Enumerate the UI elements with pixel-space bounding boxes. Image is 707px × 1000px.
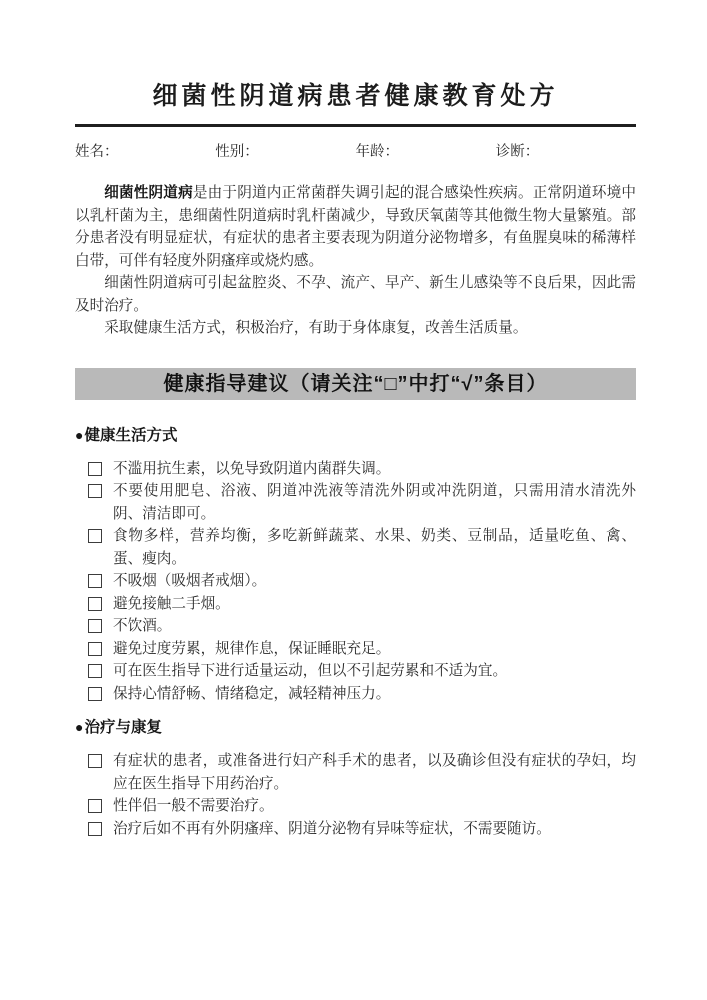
- checklist-item-text: 食物多样，营养均衡，多吃新鲜蔬菜、水果、奶类、豆制品，适量吃鱼、禽、蛋、瘦肉。: [113, 525, 636, 570]
- intro-paragraph-2: 细菌性阴道病可引起盆腔炎、不孕、流产、早产、新生儿感染等不良后果，因此需及时治疗…: [75, 272, 636, 317]
- checklist-item-text: 避免过度劳累，规律作息，保证睡眠充足。: [113, 638, 636, 661]
- document-page: 细菌性阴道病患者健康教育处方 姓名： 性别： 年龄： 诊断： 细菌性阴道病是由于…: [0, 0, 707, 1000]
- section-bullet-icon: ●: [75, 719, 83, 735]
- checklist-item-text: 性伴侣一般不需要治疗。: [113, 795, 636, 818]
- checklist-item-text: 避免接触二手烟。: [113, 593, 636, 616]
- checkbox[interactable]: [88, 822, 102, 836]
- section-title: 健康生活方式: [84, 427, 177, 444]
- age-input-blank[interactable]: [399, 140, 496, 161]
- checkbox[interactable]: [88, 619, 102, 633]
- checklist-item-text: 不要使用肥皂、浴液、阴道冲洗液等清洗外阴或冲洗阴道，只需用清水清洗外阴、清洁即可…: [113, 480, 636, 525]
- checklist-item: 不饮酒。: [75, 615, 636, 638]
- title-divider: [75, 124, 636, 127]
- checklist-item: 治疗后如不再有外阴瘙痒、阴道分泌物有异味等症状，不需要随访。: [75, 818, 636, 841]
- checkbox[interactable]: [88, 597, 102, 611]
- patient-info-row: 姓名： 性别： 年龄： 诊断：: [75, 140, 636, 161]
- checklist-item: 避免接触二手烟。: [75, 593, 636, 616]
- checklist-item-text: 治疗后如不再有外阴瘙痒、阴道分泌物有异味等症状，不需要随访。: [113, 818, 636, 841]
- diagnosis-input-blank[interactable]: [539, 140, 636, 161]
- checklist-item-text: 不饮酒。: [113, 615, 636, 638]
- section-bullet-icon: ●: [75, 427, 83, 443]
- checkbox[interactable]: [88, 529, 102, 543]
- checkbox[interactable]: [88, 664, 102, 678]
- checklist-item-text: 可在医生指导下进行适量运动，但以不引起劳累和不适为宜。: [113, 660, 636, 683]
- checklist-item: 不吸烟（吸烟者戒烟）。: [75, 570, 636, 593]
- age-label: 年龄：: [356, 140, 400, 161]
- document-title: 细菌性阴道病患者健康教育处方: [75, 76, 636, 112]
- checklist-item-text: 不吸烟（吸烟者戒烟）。: [113, 570, 636, 593]
- document-content: 细菌性阴道病患者健康教育处方 姓名： 性别： 年龄： 诊断： 细菌性阴道病是由于…: [75, 0, 636, 840]
- checkbox[interactable]: [88, 462, 102, 476]
- checklist-item: 不要使用肥皂、浴液、阴道冲洗液等清洗外阴或冲洗阴道，只需用清水清洗外阴、清洁即可…: [75, 480, 636, 525]
- checklist-item-text: 不滥用抗生素，以免导致阴道内菌群失调。: [113, 458, 636, 481]
- checklist-item: 可在医生指导下进行适量运动，但以不引起劳累和不适为宜。: [75, 660, 636, 683]
- checklist-item: 保持心情舒畅、情绪稳定，减轻精神压力。: [75, 683, 636, 706]
- checkbox[interactable]: [88, 687, 102, 701]
- patient-field-gender: 性别：: [215, 140, 355, 161]
- gender-input-blank[interactable]: [259, 140, 356, 161]
- checklist-item: 不滥用抗生素，以免导致阴道内菌群失调。: [75, 458, 636, 481]
- diagnosis-label: 诊断：: [496, 140, 540, 161]
- intro-paragraph-3: 采取健康生活方式，积极治疗，有助于身体康复，改善生活质量。: [75, 317, 636, 340]
- intro-paragraph-1: 细菌性阴道病是由于阴道内正常菌群失调引起的混合感染性疾病。正常阴道环境中以乳杆菌…: [75, 182, 636, 272]
- guidance-banner: 健康指导建议（请关注“□”中打“√”条目）: [75, 368, 636, 400]
- name-label: 姓名：: [75, 140, 119, 161]
- checklist-item-text: 有症状的患者，或准备进行妇产科手术的患者，以及确诊但没有症状的孕妇，均应在医生指…: [113, 750, 636, 795]
- section-title: 治疗与康复: [84, 719, 162, 736]
- intro-paragraph-1-lead: 细菌性阴道病: [104, 185, 193, 201]
- section-header-healthy-lifestyle: ●健康生活方式: [75, 423, 636, 445]
- checkbox[interactable]: [88, 484, 102, 498]
- checkbox[interactable]: [88, 574, 102, 588]
- gender-label: 性别：: [215, 140, 259, 161]
- checklist-item-text: 保持心情舒畅、情绪稳定，减轻精神压力。: [113, 683, 636, 706]
- checklist-item: 食物多样，营养均衡，多吃新鲜蔬菜、水果、奶类、豆制品，适量吃鱼、禽、蛋、瘦肉。: [75, 525, 636, 570]
- checkbox[interactable]: [88, 799, 102, 813]
- checklist-item: 有症状的患者，或准备进行妇产科手术的患者，以及确诊但没有症状的孕妇，均应在医生指…: [75, 750, 636, 795]
- patient-field-diagnosis: 诊断：: [496, 140, 636, 161]
- checklist-treatment-recovery: 有症状的患者，或准备进行妇产科手术的患者，以及确诊但没有症状的孕妇，均应在医生指…: [75, 750, 636, 840]
- name-input-blank[interactable]: [119, 140, 216, 161]
- checkbox[interactable]: [88, 642, 102, 656]
- intro-paragraphs: 细菌性阴道病是由于阴道内正常菌群失调引起的混合感染性疾病。正常阴道环境中以乳杆菌…: [75, 182, 636, 340]
- patient-field-age: 年龄：: [356, 140, 496, 161]
- checklist-item: 避免过度劳累，规律作息，保证睡眠充足。: [75, 638, 636, 661]
- section-header-treatment-recovery: ●治疗与康复: [75, 715, 636, 737]
- checklist-item: 性伴侣一般不需要治疗。: [75, 795, 636, 818]
- patient-field-name: 姓名：: [75, 140, 215, 161]
- checklist-healthy-lifestyle: 不滥用抗生素，以免导致阴道内菌群失调。 不要使用肥皂、浴液、阴道冲洗液等清洗外阴…: [75, 458, 636, 706]
- checkbox[interactable]: [88, 754, 102, 768]
